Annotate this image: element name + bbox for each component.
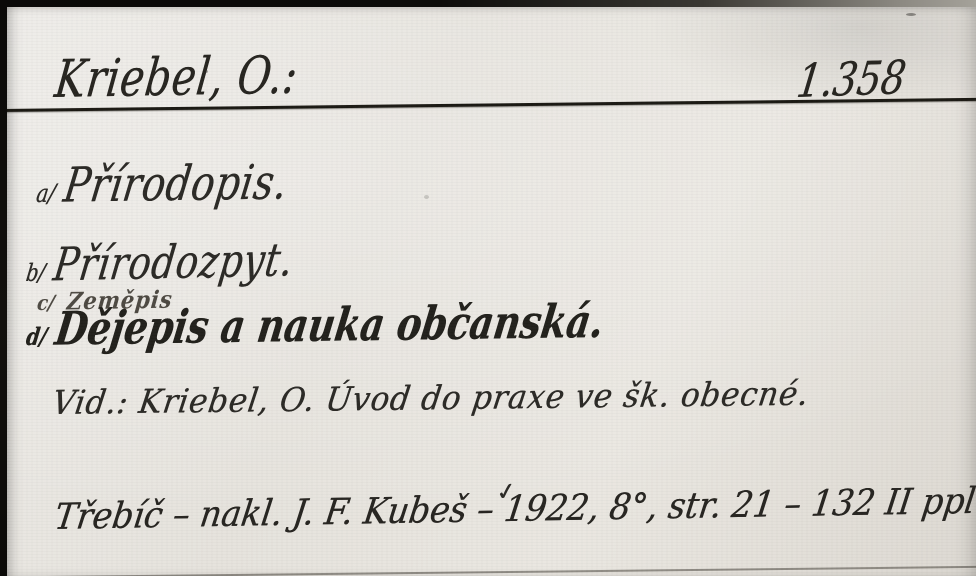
bottom-rule-line bbox=[46, 566, 976, 576]
subject-entry-a: a/Přírodopis. bbox=[34, 157, 291, 211]
entry-text: Přírodopis. bbox=[60, 154, 291, 213]
scanned-catalog-card: Kriebel, O.: 1.358 a/Přírodopis. b/Příro… bbox=[0, 0, 976, 576]
scanner-edge-left bbox=[0, 0, 7, 576]
entry-label: d/ bbox=[24, 323, 48, 351]
scanner-edge-top bbox=[0, 0, 976, 7]
entry-label: b/ bbox=[24, 259, 47, 287]
cross-reference-line: Vid.: Kriebel, O. Úvod do praxe ve šk. o… bbox=[50, 377, 811, 421]
scan-speck bbox=[424, 195, 429, 199]
scan-speck bbox=[906, 13, 916, 16]
card-number: 1.358 bbox=[794, 53, 909, 105]
imprint-line: Třebíč – nakl. J. F. Kubeš – 1922, 8°, s… bbox=[52, 483, 976, 537]
author-heading: Kriebel, O.: bbox=[52, 49, 301, 108]
scan-speck bbox=[204, 70, 208, 73]
entry-text: Přírodozpyt. bbox=[50, 232, 297, 291]
entry-label: a/ bbox=[34, 179, 57, 208]
subject-entry-b: b/Přírodozpyt. bbox=[24, 235, 297, 289]
subject-entry-d: d/Dějepis a nauka občanská. bbox=[24, 297, 607, 353]
catalog-card-paper: Kriebel, O.: 1.358 a/Přírodopis. b/Příro… bbox=[6, 5, 976, 576]
entry-text: Dějepis a nauka občanská. bbox=[52, 294, 607, 356]
